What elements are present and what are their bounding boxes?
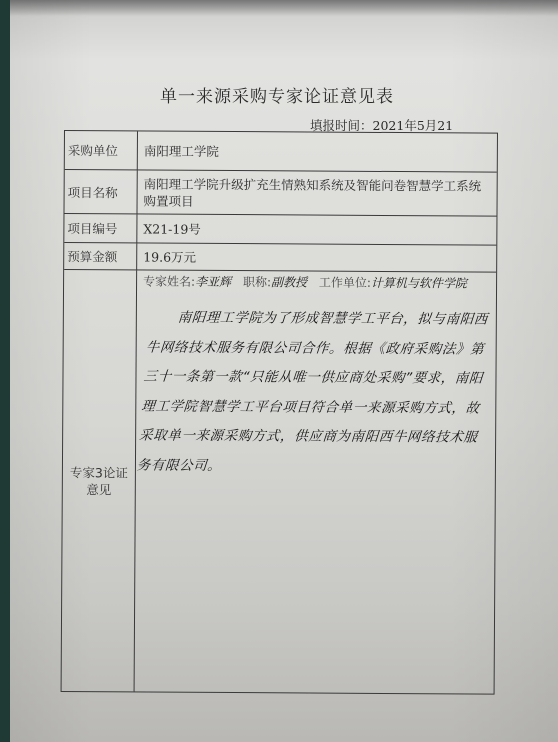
expert-title-field: 职称:副教授	[243, 273, 307, 290]
row-value: 南阳理工学院升级扩充生情熟知系统及智能问卷智慧学工系统购置项目	[137, 170, 496, 215]
form-row-budget: 预算金额 19.6万元	[64, 243, 496, 273]
expert-name-field: 专家姓名:李亚辉	[143, 272, 231, 290]
expert-info-line: 专家姓名:李亚辉 职称:副教授 工作单位:计算机与软件学院	[143, 272, 475, 291]
row-value: X21-19号	[137, 214, 496, 244]
form-row-purchasing-unit: 采购单位 南阳理工学院	[65, 131, 497, 173]
expert-name-value: 李亚辉	[195, 275, 231, 289]
fill-date-value: 2021年5月21	[373, 118, 454, 133]
row-label: 采购单位	[65, 131, 138, 169]
form-row-project-name: 项目名称 南阳理工学院升级扩充生情熟知系统及智能问卷智慧学工系统购置项目	[64, 170, 496, 217]
expert-opinion-label: 专家3论证意见	[62, 270, 138, 691]
row-label: 项目编号	[64, 214, 137, 242]
form-row-project-number: 项目编号 X21-19号	[64, 214, 496, 246]
form-row-expert-opinion: 专家3论证意见 专家姓名:李亚辉 职称:副教授 工作单位:计算机与软件学院 南阳…	[62, 270, 497, 694]
expert-opinion-text: 南阳理工学院为了形成智慧学工平台，拟与南阳西牛网络技术服务有限公司合作。根据《政…	[136, 304, 498, 483]
document-title: 单一来源采购专家论证意见表	[160, 82, 394, 107]
expert-workplace-label: 工作单位:	[319, 276, 371, 290]
row-label: 项目名称	[64, 170, 137, 213]
expert-name-label: 专家姓名:	[143, 274, 195, 288]
paper-top-shadow	[10, 0, 558, 16]
expert-opinion-form-table: 采购单位 南阳理工学院 项目名称 南阳理工学院升级扩充生情熟知系统及智能问卷智慧…	[61, 130, 498, 695]
expert-title-value: 副教授	[271, 275, 307, 289]
expert-workplace-value: 计算机与软件学院	[371, 276, 467, 291]
row-value: 南阳理工学院	[138, 131, 497, 171]
expert-opinion-cell: 专家姓名:李亚辉 职称:副教授 工作单位:计算机与软件学院 南阳理工学院为了形成…	[135, 270, 497, 693]
expert-workplace-field: 工作单位:计算机与软件学院	[319, 274, 467, 292]
row-value: 19.6万元	[137, 243, 496, 271]
expert-title-label: 职称:	[243, 275, 271, 289]
row-label: 预算金额	[64, 243, 137, 269]
